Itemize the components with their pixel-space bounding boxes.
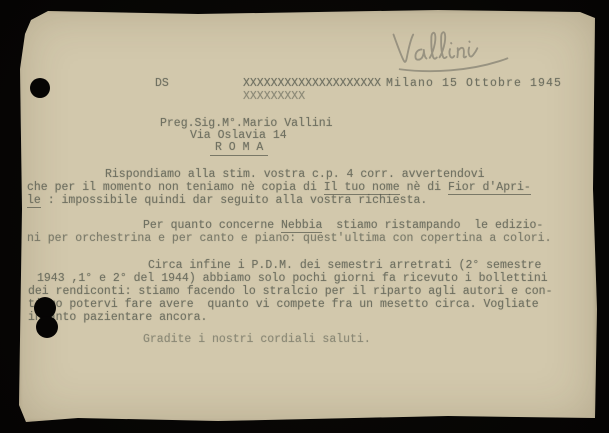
scanned-letter: DS XXXXXXXXXXXXXXXXXXXXMilano 15 Ottobre… — [0, 0, 609, 433]
paragraph3-line4: tiamo potervi fare avere quanto vi compe… — [28, 298, 539, 311]
paragraph3-line1: Circa infine i P.D.M. dei semestri arret… — [148, 259, 541, 272]
p1-l2-text2: nè di — [400, 181, 448, 194]
handwritten-signature — [387, 19, 532, 86]
p1-l2-text: che per il momento non teniamo nè copia … — [27, 181, 324, 194]
paragraph3-line2: 1943 ,1° e 2° del 1944) abbiamo solo poc… — [37, 272, 548, 285]
p1-l3-text: : impossibile quindi dar seguito alla vo… — [41, 194, 427, 207]
paragraph1-line3: le : impossibile quindi dar seguito alla… — [27, 194, 427, 207]
title-fior-daprile-cont: le — [27, 194, 41, 208]
p2-l1-text: Per quanto concerne — [143, 219, 281, 232]
p2-l1-text2: stiamo ristampando le edizio- — [322, 219, 543, 232]
struck-out-text-2: XXXXXXXXX — [243, 90, 305, 103]
title-fior-daprile: Fior d'Apri- — [448, 181, 531, 195]
paragraph1-line1: Rispondiamo alla stim. vostra c.p. 4 cor… — [105, 168, 485, 181]
recipient-city: R O M A — [210, 141, 268, 154]
header-reference: DS — [155, 77, 169, 90]
struck-out-text: XXXXXXXXXXXXXXXXXXXX — [243, 77, 381, 90]
title-il-tuo-nome: Il tuo nome — [324, 181, 400, 195]
paragraph2-line2: ni per orchestrina e per canto e piano: … — [27, 232, 552, 245]
punch-hole-top — [30, 78, 50, 98]
letter-paper: DS XXXXXXXXXXXXXXXXXXXXMilano 15 Ottobre… — [18, 9, 597, 423]
paragraph1-line2: che per il momento non teniamo nè copia … — [27, 181, 531, 194]
paragraph2-line1: Per quanto concerne Nebbia stiamo ristam… — [143, 219, 543, 232]
closing-line: Gradite i nostri cordiali saluti. — [143, 333, 371, 346]
punch-hole-bottom-2 — [36, 316, 58, 338]
title-nebbia: Nebbia — [281, 219, 322, 233]
paragraph3-line3: dei rendiconti: stiamo facendo lo stralc… — [28, 285, 553, 298]
recipient-city-text: R O M A — [210, 141, 268, 156]
